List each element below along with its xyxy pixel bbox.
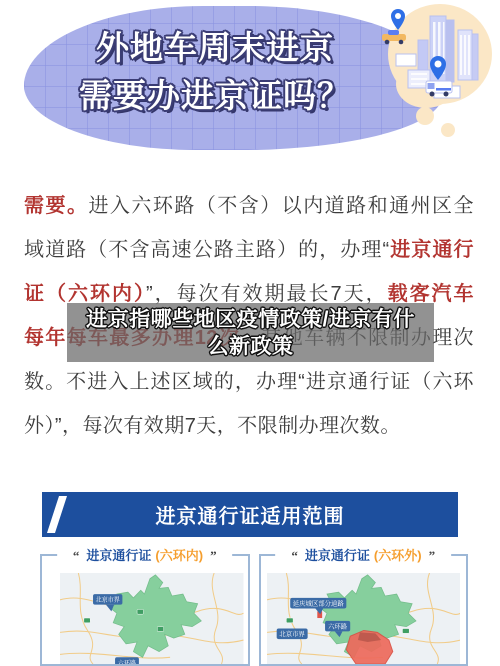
permit-scope: (六环外): [374, 548, 422, 563]
city-buildings-illustration: [368, 2, 496, 140]
svg-text:六环路: 六环路: [328, 622, 348, 631]
svg-text:延庆城区部分道路: 延庆城区部分道路: [292, 599, 344, 608]
text-segment-red: 需要。: [24, 195, 88, 217]
svg-text:北京市界: 北京市界: [96, 596, 120, 604]
beijing-map-outer: 延庆城区部分道路 六环路 北京市界: [267, 573, 461, 664]
svg-text:北京市界: 北京市界: [279, 629, 305, 638]
thought-dot-small: [441, 123, 455, 137]
quote-open: “: [291, 548, 298, 563]
article-line: 需要。进入六环路（不含）以内道路和通州区全: [24, 184, 474, 228]
text-segment-red: 证（六环内）: [24, 283, 146, 305]
caption-overlay: 进京指哪些地区疫情政策/进京有什 么新政策: [67, 303, 434, 362]
svg-text:六环路: 六环路: [118, 659, 137, 664]
permit-name: 进京通行证: [86, 548, 151, 563]
map-label-ring-road: 六环路: [115, 657, 139, 664]
text-segment-red: 进京通行: [390, 239, 474, 261]
article-line: 域道路（不含高速公路主路）的，办理“进京通行: [24, 228, 474, 272]
page-title: 外地车周末进京 需要办进京证吗？: [55, 24, 375, 120]
map-label-boundary: 北京市界: [276, 629, 307, 640]
permit-name: 进京通行证: [305, 548, 370, 563]
text-segment: ”，每次有效期最长7天，: [146, 283, 388, 305]
map-panels: “进京通行证(六环内)”: [40, 554, 468, 666]
text-segment: 数。不进入上述区域的，办理“进京通行证（六环: [24, 371, 474, 393]
article-page: 外地车周末进京 需要办进京证吗？ 需要。进入六环路（不含）以内道路和通州区全 域…: [0, 0, 500, 666]
quote-close: ”: [210, 548, 217, 563]
map-panel-outer-ring: “进京通行证(六环外)”: [259, 554, 469, 666]
map-panel-title: “进京通行证(六环外)”: [275, 547, 451, 564]
text-segment-red: 载客汽车: [388, 283, 474, 305]
map-panel-title: “进京通行证(六环内)”: [57, 547, 233, 564]
section-banner-title: 进京通行证适用范围: [156, 500, 345, 529]
beijing-map-inner: 北京市界 六环路: [60, 573, 244, 664]
permit-scope: (六环内): [155, 548, 203, 563]
quote-close: ”: [429, 548, 436, 563]
article-line: 外）”，每次有效期7天，不限制办理次数。: [24, 404, 474, 448]
article-line: 数。不进入上述区域的，办理“进京通行证（六环: [24, 360, 474, 404]
text-segment: 外）”，每次有效期7天，不限制办理次数。: [24, 415, 401, 437]
thought-dot-large: [416, 107, 434, 125]
caption-line2: 么新政策: [208, 333, 294, 360]
quote-open: “: [73, 548, 80, 563]
text-segment: 进入六环路（不含）以内道路和通州区全: [88, 195, 474, 217]
banner-slash-decoration: [47, 496, 67, 533]
section-banner: 进京通行证适用范围: [42, 492, 458, 537]
map-panel-inner-ring: “进京通行证(六环内)”: [40, 554, 250, 666]
page-title-line1: 外地车周末进京: [55, 24, 375, 72]
text-segment: 域道路（不含高速公路主路）的，办理“: [24, 239, 390, 261]
page-title-line2: 需要办进京证吗？: [55, 72, 375, 120]
caption-line1: 进京指哪些地区疫情政策/进京有什: [86, 306, 415, 333]
